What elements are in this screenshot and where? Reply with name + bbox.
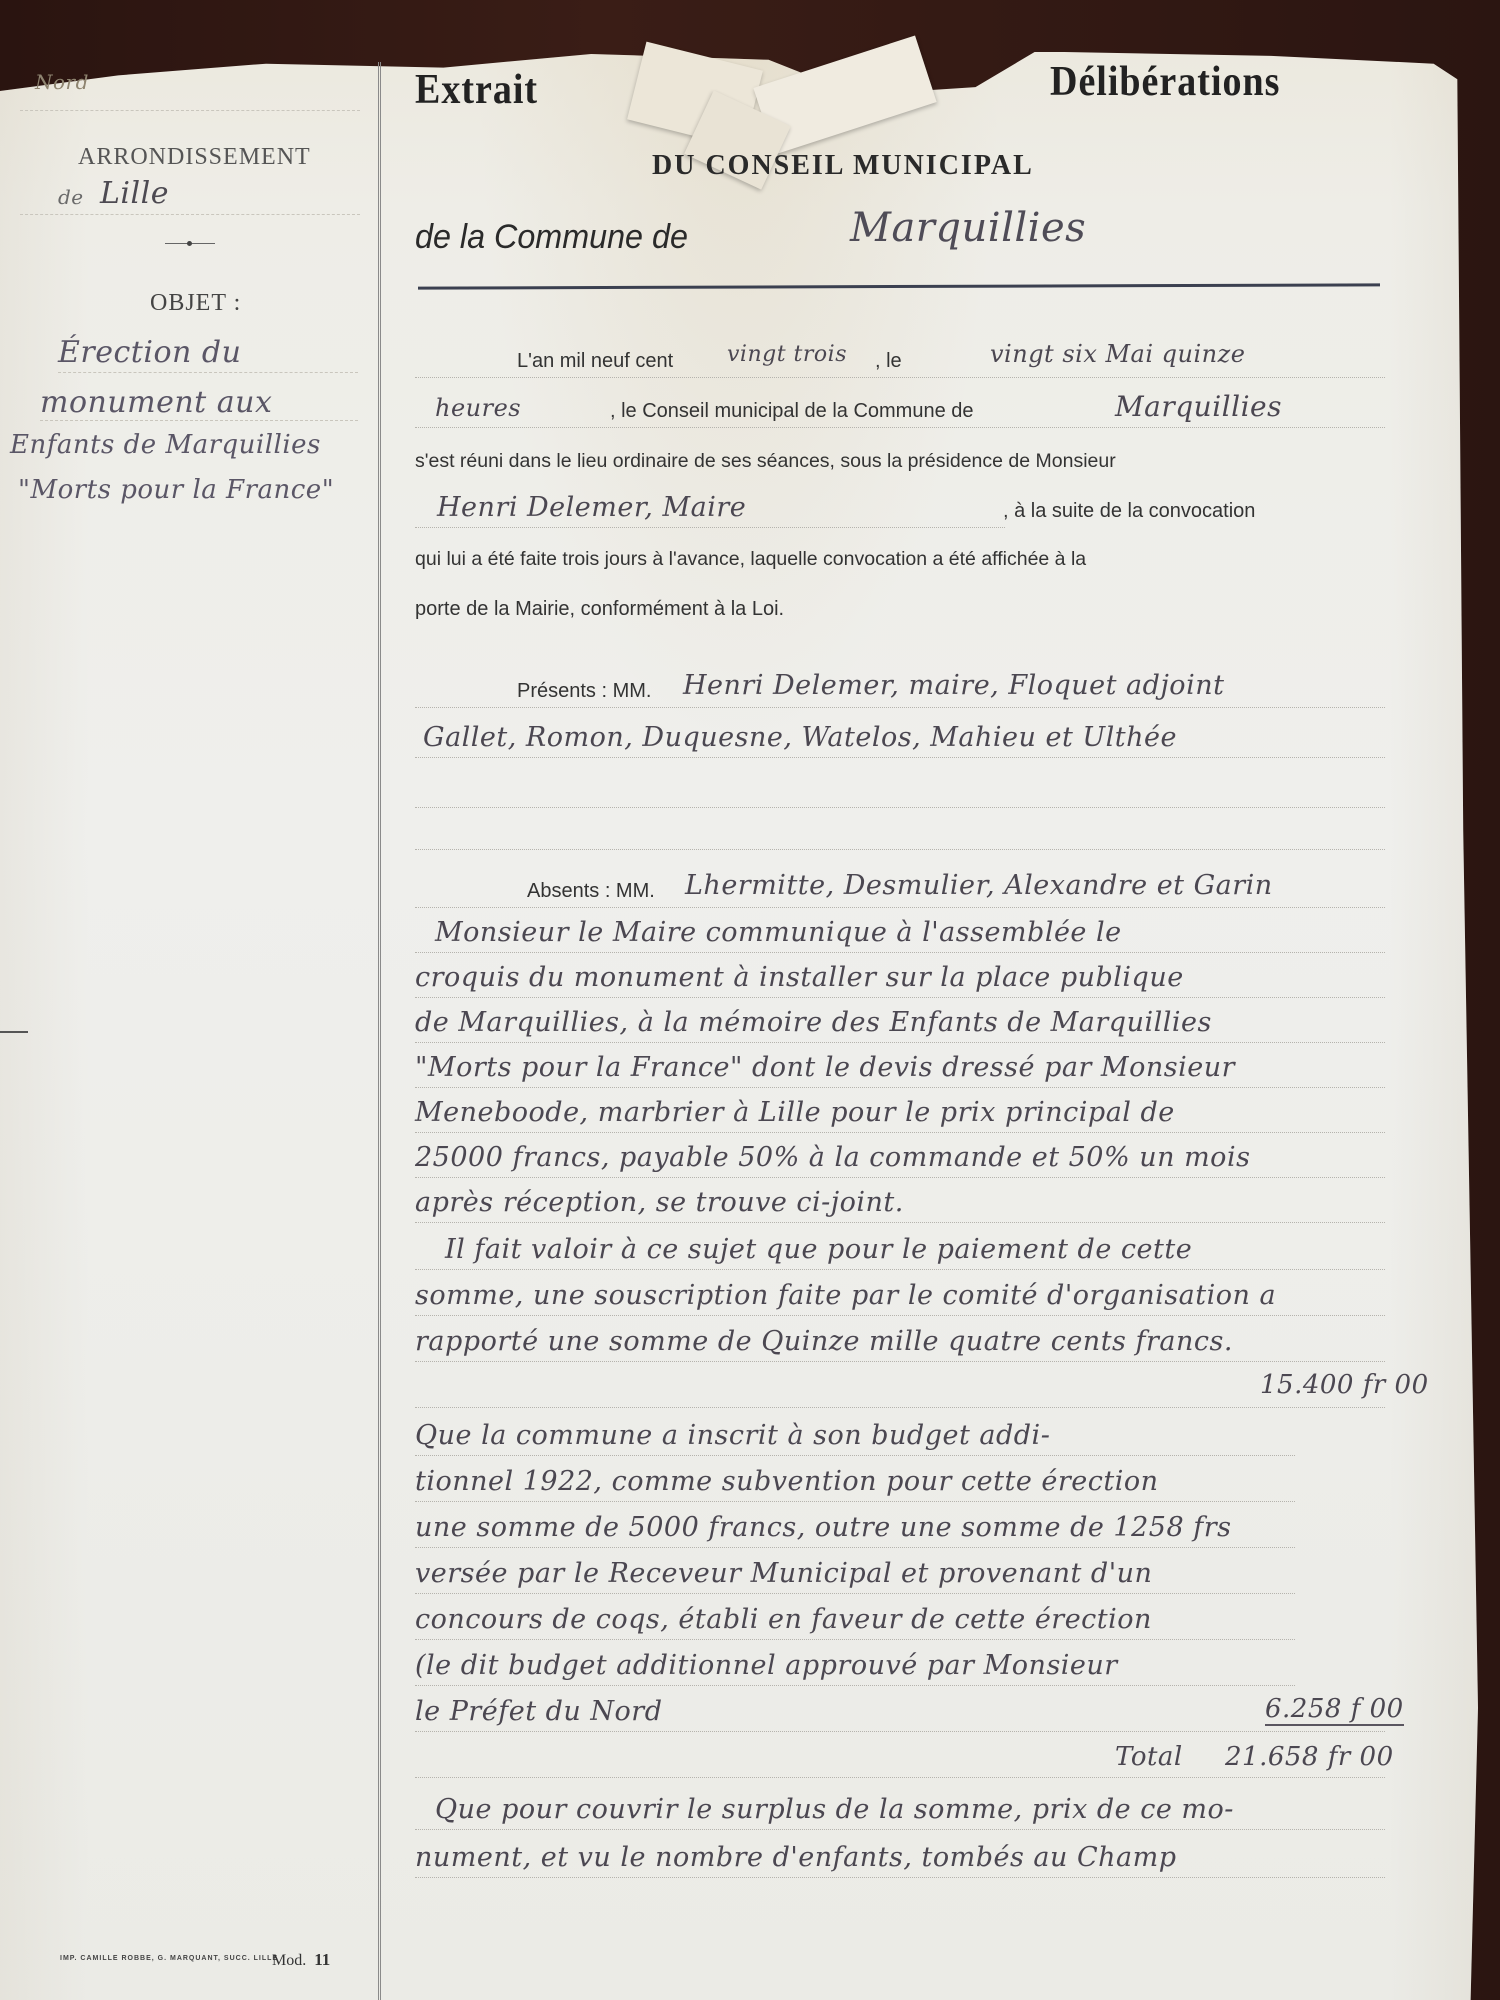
total-value: 21.658 fr 00	[1225, 1742, 1394, 1772]
body-line: Monsieur le Maire communique à l'assembl…	[415, 915, 1385, 959]
printed-text: s'est réuni dans le lieu ordinaire de se…	[415, 450, 1116, 473]
handwritten-text: Monsieur le Maire communique à l'assembl…	[435, 917, 1122, 948]
handwritten-year: vingt trois	[727, 342, 847, 367]
dotted-rule	[415, 377, 1385, 378]
handwritten-text: concours de coqs, établi en faveur de ce…	[415, 1604, 1152, 1635]
dotted-rule	[415, 1777, 1385, 1778]
handwritten-text: croquis du monument à installer sur la p…	[415, 962, 1184, 993]
arrondissement-label: ARRONDISSEMENT	[78, 144, 311, 171]
handwritten-commune: Marquillies	[1115, 390, 1282, 423]
printer-imprint: IMP. CAMILLE ROBBE, G. MARQUANT, SUCC. L…	[60, 1955, 278, 1962]
presents-names: Henri Delemer, maire, Floquet adjoint	[683, 670, 1224, 701]
amount-line: 15.400 fr 00	[415, 1370, 1385, 1414]
presents-label: Présents : MM.	[517, 680, 651, 703]
printed-text: porte de la Mairie, conformément à la Lo…	[415, 598, 784, 621]
blank-line	[415, 770, 1385, 814]
handwritten-text: Meneboode, marbrier à Lille pour le prix…	[415, 1097, 1175, 1128]
arrondissement-prefix: de	[58, 185, 84, 209]
body-line: nument, et vu le nombre d'enfants, tombé…	[415, 1840, 1385, 1884]
printed-text: qui lui a été faite trois jours à l'avan…	[415, 548, 1086, 571]
commune-prefix: de la Commune de	[415, 218, 688, 257]
dotted-rule	[415, 1501, 1295, 1502]
handwritten-text: une somme de 5000 francs, outre une somm…	[415, 1512, 1231, 1543]
handwritten-text: Que la commune a inscrit à son budget ad…	[415, 1420, 1050, 1451]
absents-names: Lhermitte, Desmulier, Alexandre et Garin	[685, 870, 1273, 901]
model-number: 11	[314, 1950, 330, 1969]
body-line: Que la commune a inscrit à son budget ad…	[415, 1418, 1385, 1462]
objet-line: Enfants de Marquillies	[10, 430, 321, 460]
handwritten-text: Que pour couvrir le surplus de la somme,…	[435, 1794, 1234, 1825]
dotted-rule	[415, 427, 1385, 428]
preamble-line-6: porte de la Mairie, conformément à la Lo…	[415, 588, 1385, 632]
margin-rule	[40, 420, 358, 421]
body-line: Il fait valoir à ce sujet que pour le pa…	[415, 1232, 1385, 1276]
body-line: tionnel 1922, comme subvention pour cett…	[415, 1464, 1385, 1508]
dotted-rule	[415, 1222, 1385, 1223]
handwritten-time: heures	[435, 394, 521, 422]
total-label: Total	[1115, 1742, 1183, 1772]
printed-text: , le	[875, 350, 902, 373]
preamble-line-3: s'est réuni dans le lieu ordinaire de se…	[415, 440, 1385, 484]
ornament-divider	[165, 243, 215, 244]
total-line: Total 21.658 fr 00	[415, 1740, 1385, 1784]
dotted-rule	[415, 1547, 1295, 1548]
body-line: versée par le Receveur Municipal et prov…	[415, 1556, 1385, 1600]
objet-line: Érection du	[58, 335, 241, 370]
body-line: après réception, se trouve ci-joint.	[415, 1185, 1385, 1229]
margin-rule	[20, 214, 360, 215]
dotted-rule	[415, 1639, 1295, 1640]
dotted-rule	[415, 1685, 1295, 1686]
dotted-rule	[415, 1361, 1385, 1362]
printed-text: , le Conseil municipal de la Commune de	[610, 400, 974, 423]
model-label: Mod.	[272, 1952, 306, 1969]
body-line: somme, une souscription faite par le com…	[415, 1278, 1385, 1322]
preamble-line-5: qui lui a été faite trois jours à l'avan…	[415, 538, 1385, 582]
presents-line-2: Gallet, Romon, Duquesne, Watelos, Mahieu…	[415, 720, 1385, 764]
handwritten-text: de Marquillies, à la mémoire des Enfants…	[415, 1007, 1212, 1038]
objet-line: monument aux	[40, 385, 272, 420]
handwritten-text: 25000 francs, payable 50% à la commande …	[415, 1142, 1250, 1173]
handwritten-text: versée par le Receveur Municipal et prov…	[415, 1558, 1152, 1589]
dotted-rule	[415, 527, 1005, 528]
body-line: concours de coqs, établi en faveur de ce…	[415, 1602, 1385, 1646]
preamble-line-2: heures , le Conseil municipal de la Comm…	[415, 390, 1385, 434]
absents-line: Absents : MM. Lhermitte, Desmulier, Alex…	[415, 870, 1385, 914]
dotted-rule	[415, 1877, 1385, 1878]
dotted-rule	[415, 1407, 1385, 1408]
body-line: croquis du monument à installer sur la p…	[415, 960, 1385, 1004]
body-line: 25000 francs, payable 50% à la commande …	[415, 1140, 1385, 1184]
body-line: Meneboode, marbrier à Lille pour le prix…	[415, 1095, 1385, 1139]
printed-text: , à la suite de la convocation	[1003, 500, 1255, 523]
handwritten-date: vingt six Mai quinze	[990, 340, 1245, 368]
handwritten-text: nument, et vu le nombre d'enfants, tombé…	[415, 1842, 1177, 1873]
handwritten-text: Il fait valoir à ce sujet que pour le pa…	[445, 1234, 1192, 1265]
body-line: (le dit budget additionnel approuvé par …	[415, 1648, 1385, 1692]
handwritten-text: (le dit budget additionnel approuvé par …	[415, 1650, 1118, 1681]
dotted-rule	[415, 707, 1385, 708]
absents-label: Absents : MM.	[527, 880, 655, 903]
dotted-rule	[415, 1087, 1385, 1088]
objet-line: "Morts pour la France"	[18, 475, 334, 505]
body-line: rapporté une somme de Quinze mille quatr…	[415, 1324, 1385, 1368]
printed-text: L'an mil neuf cent	[517, 350, 673, 373]
handwritten-text: tionnel 1922, comme subvention pour cett…	[415, 1466, 1159, 1497]
body-line: une somme de 5000 francs, outre une somm…	[415, 1510, 1385, 1554]
document-title-left: Extrait	[415, 66, 538, 114]
presents-line-1: Présents : MM. Henri Delemer, maire, Flo…	[415, 670, 1385, 714]
top-note: Nord	[35, 70, 89, 94]
handwritten-text: somme, une souscription faite par le com…	[415, 1280, 1276, 1311]
document-title-right: Délibérations	[1050, 58, 1280, 106]
margin-tick-mark	[0, 1031, 28, 1033]
amount-line: le Préfet du Nord 6.258 f 00	[415, 1694, 1385, 1738]
margin-rule	[20, 110, 360, 111]
dotted-rule	[415, 849, 1385, 850]
objet-label: OBJET :	[150, 290, 241, 317]
dotted-rule	[415, 1042, 1385, 1043]
handwritten-text: le Préfet du Nord	[415, 1696, 662, 1727]
dotted-rule	[415, 807, 1385, 808]
dotted-rule	[415, 1455, 1295, 1456]
preamble-line-4: Henri Delemer, Maire , à la suite de la …	[415, 490, 1385, 534]
dotted-rule	[415, 1315, 1385, 1316]
amount-subscription: 15.400 fr 00	[1260, 1370, 1429, 1400]
dotted-rule	[415, 1731, 1385, 1732]
preamble-line-1: L'an mil neuf cent vingt trois , le ving…	[415, 340, 1385, 384]
dotted-rule	[415, 1177, 1385, 1178]
dotted-rule	[415, 1593, 1295, 1594]
form-model: Mod.11	[272, 1950, 330, 1970]
document-subtitle: DU CONSEIL MUNICIPAL	[652, 150, 1034, 182]
body-line: "Morts pour la France" dont le devis dre…	[415, 1050, 1385, 1094]
dotted-rule	[415, 952, 1385, 953]
margin-rule	[58, 372, 358, 373]
arrondissement-value: Lille	[100, 176, 169, 211]
body-line: Que pour couvrir le surplus de la somme,…	[415, 1792, 1385, 1836]
blank-line	[415, 812, 1385, 856]
commune-name: Marquillies	[850, 205, 1086, 251]
dotted-rule	[415, 1269, 1385, 1270]
dotted-rule	[415, 757, 1385, 758]
dotted-rule	[415, 997, 1385, 998]
presents-names: Gallet, Romon, Duquesne, Watelos, Mahieu…	[423, 722, 1177, 753]
handwritten-text: après réception, se trouve ci-joint.	[415, 1187, 904, 1218]
dotted-rule	[415, 907, 1385, 908]
handwritten-text: "Morts pour la France" dont le devis dre…	[415, 1052, 1235, 1083]
handwritten-president: Henri Delemer, Maire	[437, 492, 746, 523]
margin-divider	[378, 62, 381, 2000]
handwritten-text: rapporté une somme de Quinze mille quatr…	[415, 1326, 1233, 1357]
dotted-rule	[415, 1829, 1385, 1830]
body-line: de Marquillies, à la mémoire des Enfants…	[415, 1005, 1385, 1049]
dotted-rule	[415, 1132, 1385, 1133]
amount-subsidy: 6.258 f 00	[1265, 1694, 1404, 1726]
